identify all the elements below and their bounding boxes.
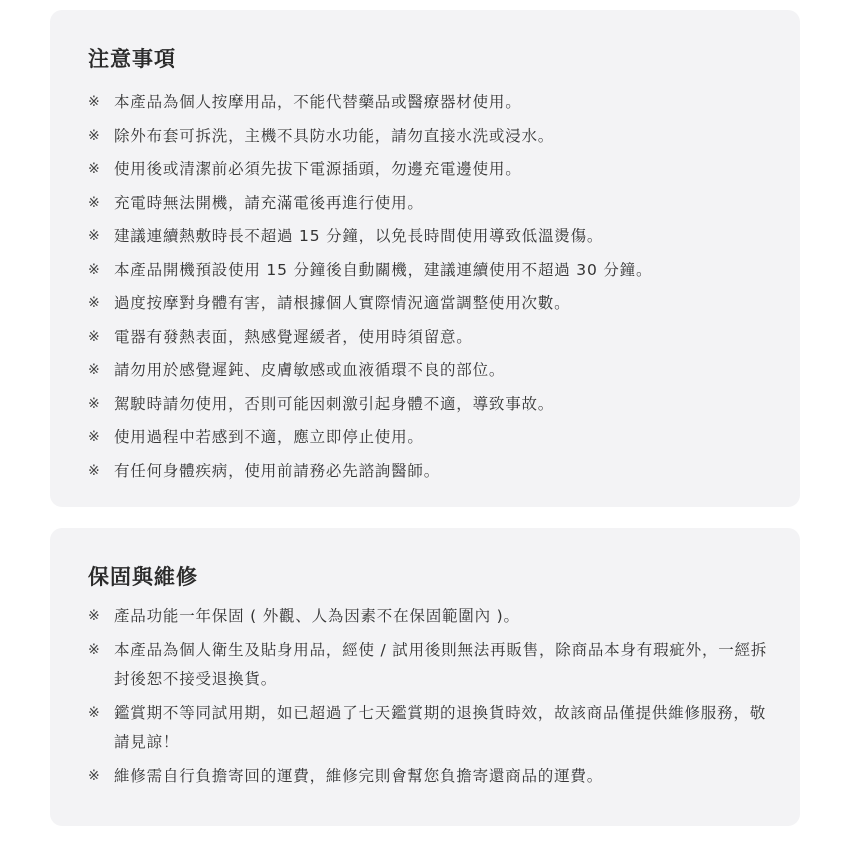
reference-mark-icon: ※ <box>88 388 114 422</box>
warranty-item-text: 產品功能一年保固 ( 外觀、人為因素不在保固範圍內 )。 <box>114 602 770 631</box>
reference-mark-icon: ※ <box>88 120 114 154</box>
notice-list: ※本產品為個人按摩用品，不能代替藥品或醫療器材使用。 ※除外布套可拆洗，主機不具… <box>88 86 770 488</box>
reference-mark-icon: ※ <box>88 287 114 321</box>
reference-mark-icon: ※ <box>88 254 114 288</box>
notice-item-text: 建議連續熱敷時長不超過 15 分鐘，以免長時間使用導致低溫燙傷。 <box>114 220 770 254</box>
reference-mark-icon: ※ <box>88 421 114 455</box>
reference-mark-icon: ※ <box>88 187 114 221</box>
reference-mark-icon: ※ <box>88 636 114 665</box>
warranty-title: 保固與維修 <box>88 562 770 592</box>
reference-mark-icon: ※ <box>88 602 114 631</box>
notice-item-text: 本產品開機預設使用 15 分鐘後自動關機，建議連續使用不超過 30 分鐘。 <box>114 254 770 288</box>
notice-item: ※本產品開機預設使用 15 分鐘後自動關機，建議連續使用不超過 30 分鐘。 <box>88 254 770 288</box>
notice-item-text: 充電時無法開機，請充滿電後再進行使用。 <box>114 187 770 221</box>
reference-mark-icon: ※ <box>88 354 114 388</box>
reference-mark-icon: ※ <box>88 762 114 791</box>
notice-item: ※電器有發熱表面，熱感覺遲緩者，使用時須留意。 <box>88 321 770 355</box>
warranty-item-text: 鑑賞期不等同試用期，如已超過了七天鑑賞期的退換貨時效，故該商品僅提供維修服務，敬… <box>114 699 770 757</box>
reference-mark-icon: ※ <box>88 321 114 355</box>
warranty-card: 保固與維修 ※產品功能一年保固 ( 外觀、人為因素不在保固範圍內 )。 ※本產品… <box>50 528 800 826</box>
notice-item: ※充電時無法開機，請充滿電後再進行使用。 <box>88 187 770 221</box>
warranty-item: ※鑑賞期不等同試用期，如已超過了七天鑑賞期的退換貨時效，故該商品僅提供維修服務，… <box>88 699 770 757</box>
notice-item: ※建議連續熱敷時長不超過 15 分鐘，以免長時間使用導致低溫燙傷。 <box>88 220 770 254</box>
notice-title: 注意事項 <box>88 44 770 74</box>
warranty-item-text: 維修需自行負擔寄回的運費，維修完則會幫您負擔寄還商品的運費。 <box>114 762 770 791</box>
notice-item: ※使用後或清潔前必須先拔下電源插頭，勿邊充電邊使用。 <box>88 153 770 187</box>
warranty-item-text: 本產品為個人衛生及貼身用品，經使 / 試用後則無法再販售，除商品本身有瑕疵外，一… <box>114 636 770 694</box>
reference-mark-icon: ※ <box>88 699 114 728</box>
reference-mark-icon: ※ <box>88 153 114 187</box>
notice-item-text: 除外布套可拆洗，主機不具防水功能，請勿直接水洗或浸水。 <box>114 120 770 154</box>
notice-item-text: 使用過程中若感到不適，應立即停止使用。 <box>114 421 770 455</box>
notice-item-text: 過度按摩對身體有害，請根據個人實際情況適當調整使用次數。 <box>114 287 770 321</box>
reference-mark-icon: ※ <box>88 86 114 120</box>
notice-item: ※除外布套可拆洗，主機不具防水功能，請勿直接水洗或浸水。 <box>88 120 770 154</box>
reference-mark-icon: ※ <box>88 455 114 489</box>
reference-mark-icon: ※ <box>88 220 114 254</box>
notice-item-text: 電器有發熱表面，熱感覺遲緩者，使用時須留意。 <box>114 321 770 355</box>
notice-item-text: 有任何身體疾病，使用前請務必先諮詢醫師。 <box>114 455 770 489</box>
notice-item: ※駕駛時請勿使用，否則可能因刺激引起身體不適，導致事故。 <box>88 388 770 422</box>
notice-item-text: 請勿用於感覺遲鈍、皮膚敏感或血液循環不良的部位。 <box>114 354 770 388</box>
notice-item: ※過度按摩對身體有害，請根據個人實際情況適當調整使用次數。 <box>88 287 770 321</box>
warranty-item: ※維修需自行負擔寄回的運費，維修完則會幫您負擔寄還商品的運費。 <box>88 762 770 791</box>
notice-item-text: 使用後或清潔前必須先拔下電源插頭，勿邊充電邊使用。 <box>114 153 770 187</box>
notice-item-text: 本產品為個人按摩用品，不能代替藥品或醫療器材使用。 <box>114 86 770 120</box>
notice-card: 注意事項 ※本產品為個人按摩用品，不能代替藥品或醫療器材使用。 ※除外布套可拆洗… <box>50 10 800 507</box>
notice-item: ※使用過程中若感到不適，應立即停止使用。 <box>88 421 770 455</box>
notice-item: ※請勿用於感覺遲鈍、皮膚敏感或血液循環不良的部位。 <box>88 354 770 388</box>
notice-item: ※有任何身體疾病，使用前請務必先諮詢醫師。 <box>88 455 770 489</box>
warranty-list: ※產品功能一年保固 ( 外觀、人為因素不在保固範圍內 )。 ※本產品為個人衛生及… <box>88 602 770 791</box>
notice-item: ※本產品為個人按摩用品，不能代替藥品或醫療器材使用。 <box>88 86 770 120</box>
notice-item-text: 駕駛時請勿使用，否則可能因刺激引起身體不適，導致事故。 <box>114 388 770 422</box>
warranty-item: ※本產品為個人衛生及貼身用品，經使 / 試用後則無法再販售，除商品本身有瑕疵外，… <box>88 636 770 694</box>
warranty-item: ※產品功能一年保固 ( 外觀、人為因素不在保固範圍內 )。 <box>88 602 770 631</box>
